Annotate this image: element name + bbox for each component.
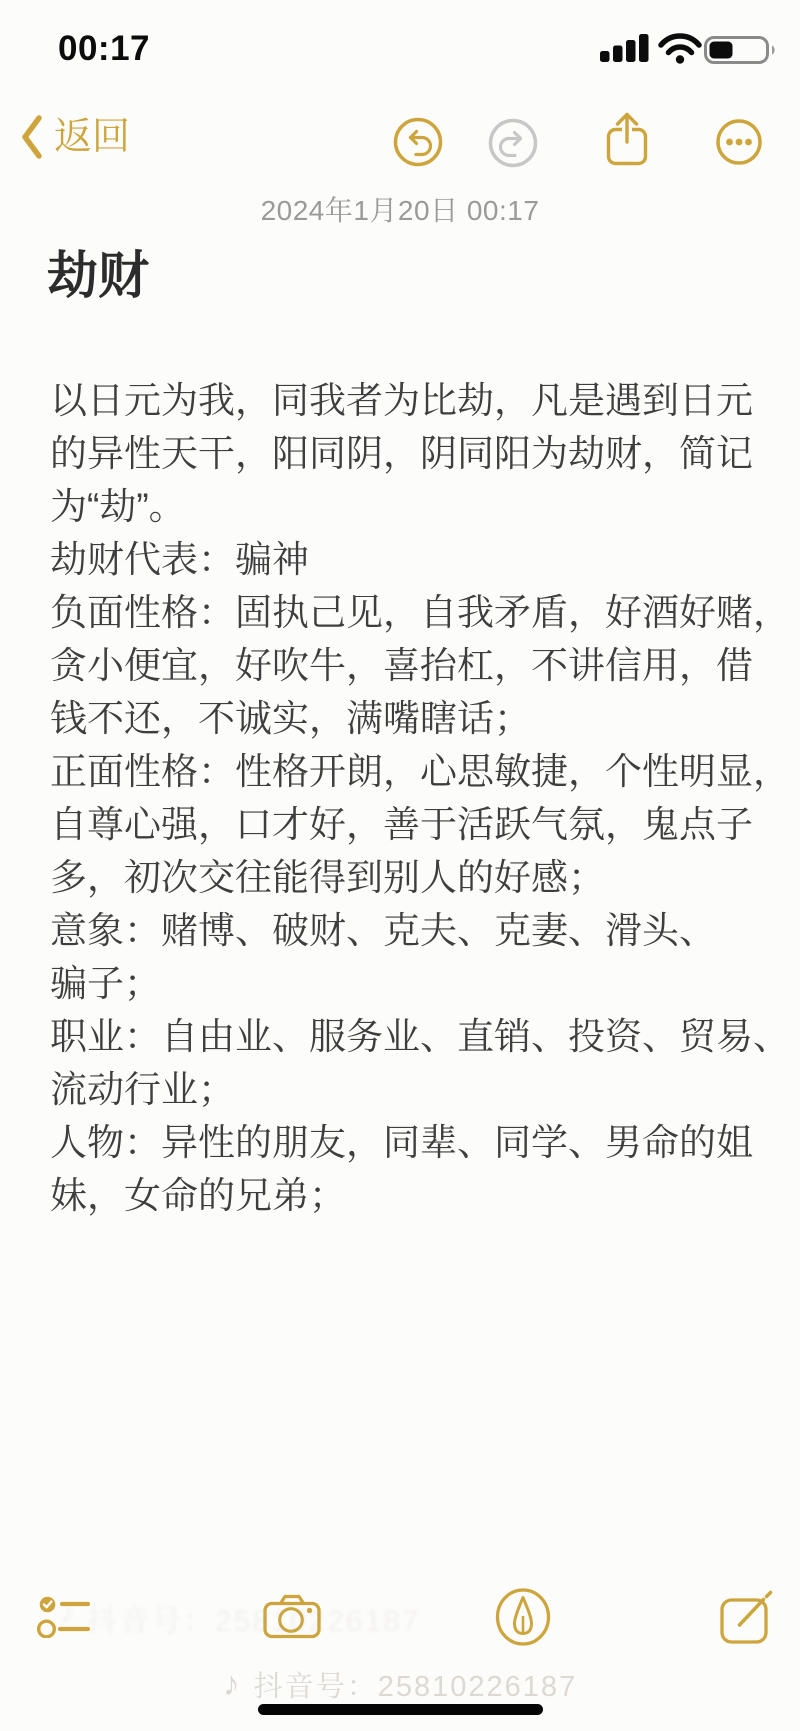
back-button-label: 返回	[54, 112, 130, 162]
battery-icon	[704, 36, 782, 64]
compose-icon	[718, 1586, 776, 1646]
compose-note-button[interactable]	[718, 1586, 776, 1646]
redo-button-disabled[interactable]	[487, 117, 539, 169]
home-indicator[interactable]	[258, 1704, 543, 1715]
undo-button[interactable]	[392, 116, 444, 168]
note-title[interactable]: 劫财	[47, 234, 149, 308]
redo-icon	[487, 117, 539, 169]
undo-icon	[392, 116, 444, 168]
status-time: 00:17	[58, 29, 150, 69]
douyin-watermark: ♪ 抖音号：25810226187	[0, 1664, 800, 1705]
note-date-line: 2024年1月20日 00:17	[0, 189, 800, 229]
share-button[interactable]	[604, 110, 650, 168]
note-body-text[interactable]: 以日元为我，同我者为比劫，凡是遇到日元 的异性天干，阳同阴，阴同阳为劫财，简记 …	[50, 374, 800, 1222]
more-options-button[interactable]	[715, 118, 763, 166]
watermark-text: 抖音号：25810226187	[254, 1664, 577, 1705]
wifi-icon	[658, 33, 702, 64]
chevron-left-icon	[20, 114, 44, 160]
music-note-icon: ♪	[60, 1596, 77, 1640]
markup-button[interactable]	[494, 1588, 552, 1646]
music-note-icon: ♪	[223, 1665, 240, 1704]
notes-app-screen: 00:17 返回	[0, 0, 800, 1731]
watermark-ghost: ♪ 抖音号：25810226187	[60, 1596, 421, 1640]
back-button[interactable]: 返回	[20, 112, 130, 162]
ellipsis-circle-icon	[715, 118, 763, 166]
cellular-signal-icon	[600, 34, 652, 62]
markup-pen-icon	[494, 1588, 552, 1646]
share-icon	[604, 110, 650, 168]
